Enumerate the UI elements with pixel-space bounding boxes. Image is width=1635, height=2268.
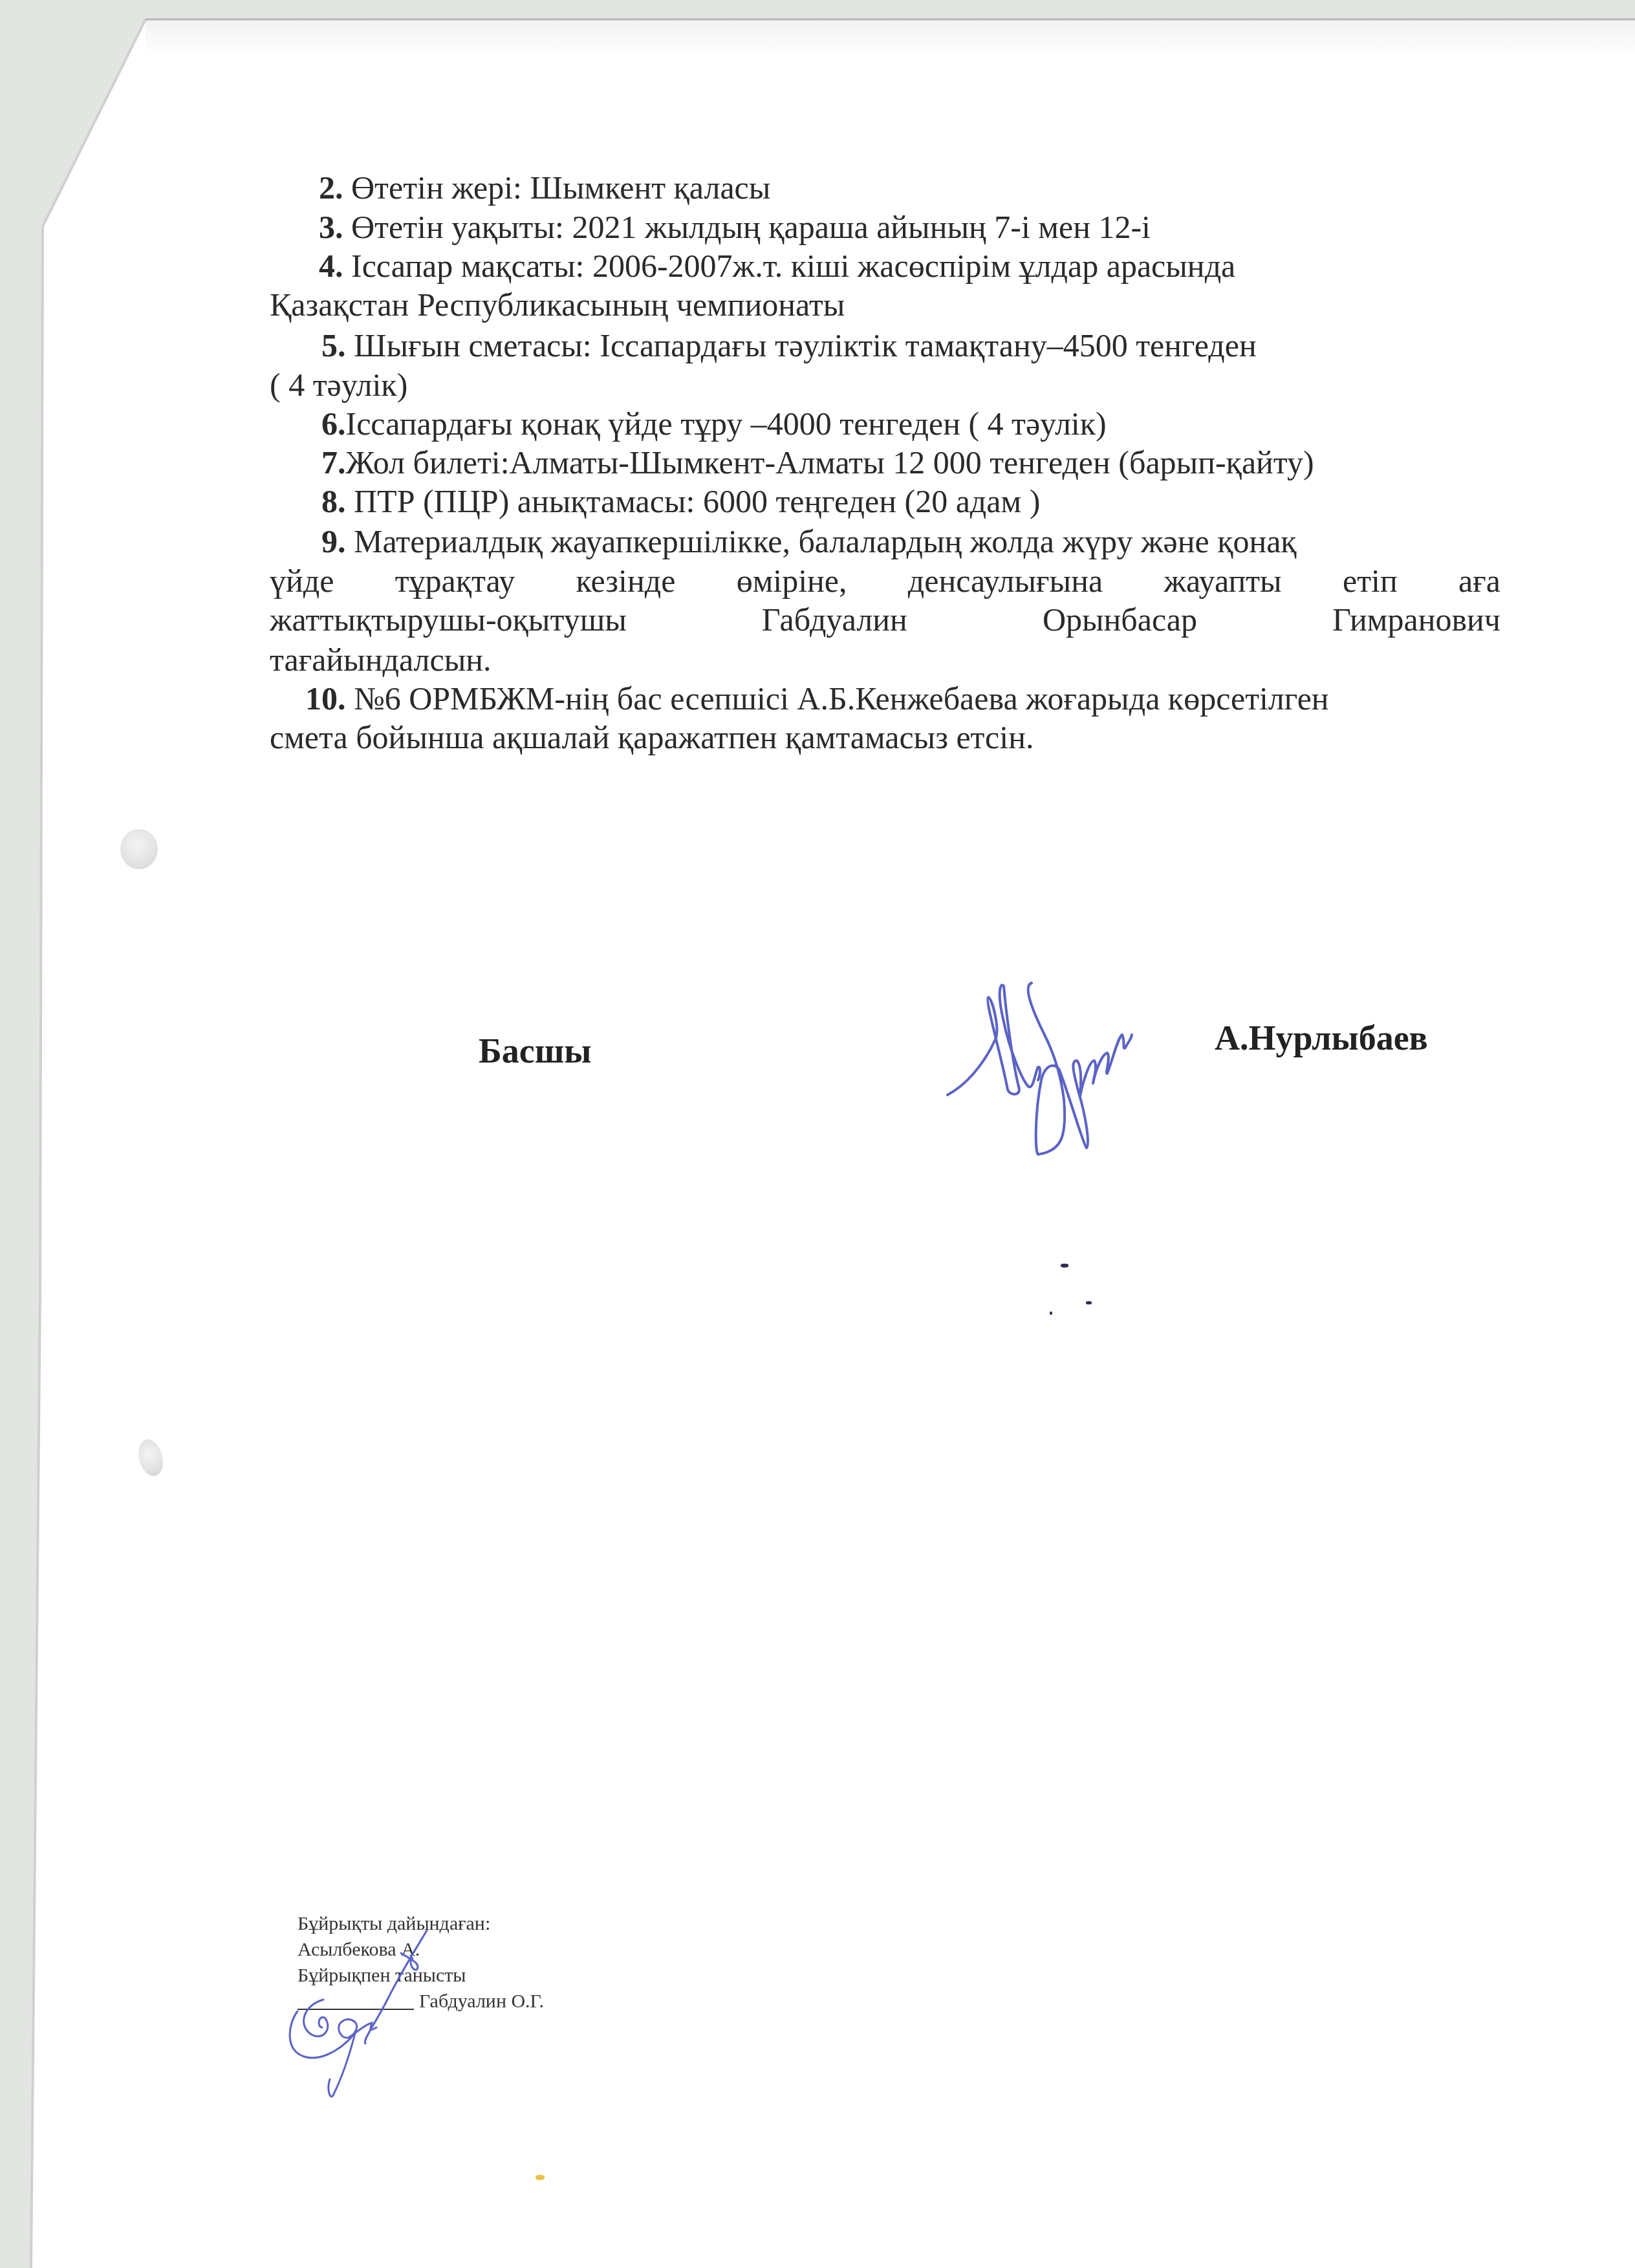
- item-7: 7.Жол билеті:Алматы-Шымкент-Алматы 12 00…: [321, 446, 1314, 479]
- item-9-last-line: тағайындалсын.: [270, 643, 492, 676]
- item-number: 8.: [321, 483, 346, 519]
- signatory-title: Басшы: [479, 1033, 591, 1068]
- item-3: 3. Өтетін уақыты: 2021 жылдың қараша айы…: [319, 211, 1151, 243]
- word: тұрақтау: [395, 565, 515, 597]
- word: Гимранович: [1332, 603, 1500, 636]
- signatory-name: А.Нурлыбаев: [1215, 1021, 1428, 1055]
- item-text: Өтетін уақыты: 2021 жылдың қараша айының…: [343, 209, 1151, 245]
- word: кезінде: [576, 565, 675, 597]
- word: аға: [1458, 565, 1500, 597]
- item-5-continuation: ( 4 тәулік): [270, 369, 407, 401]
- director-signature-icon: [931, 970, 1164, 1177]
- item-text: №6 ОРМБЖМ-нің бас есепшісі А.Б.Кенжебаев…: [346, 680, 1329, 717]
- item-8: 8. ПТР (ПЦР) анықтамасы: 6000 теңгеден (…: [321, 485, 1040, 517]
- scan-speck: [1086, 1301, 1092, 1304]
- item-text: ПТР (ПЦР) анықтамасы: 6000 теңгеден (20 …: [346, 483, 1041, 519]
- word: Орынбасар: [1043, 603, 1197, 636]
- item-number: 6.: [321, 405, 346, 442]
- item-4: 4. Іссапар мақсаты: 2006-2007ж.т. кіші ж…: [319, 250, 1235, 282]
- word: үйде: [270, 565, 334, 597]
- word: жауапты: [1164, 565, 1281, 597]
- item-text: Іссапар мақсаты: 2006-2007ж.т. кіші жасө…: [343, 248, 1236, 284]
- top-shadow: [146, 19, 1635, 58]
- word: Габдуалин: [762, 603, 907, 636]
- punch-hole-top: [120, 829, 158, 869]
- item-text: Жол билеті:Алматы-Шымкент-Алматы 12 000 …: [346, 444, 1314, 481]
- item-9: 9. Материалдық жауапкершілікке, балалард…: [321, 525, 1297, 557]
- item-number: 5.: [321, 327, 346, 363]
- scan-speck: [1061, 1264, 1068, 1268]
- item-text: Материалдық жауапкершілікке, балалардың …: [346, 523, 1297, 559]
- item-5: 5. Шығын сметасы: Іссапардағы тәуліктік …: [321, 329, 1257, 362]
- item-9-continuation-1: үйде тұрақтау кезінде өміріне, денсаулығ…: [270, 565, 1500, 597]
- item-number: 7.: [321, 444, 346, 481]
- item-number: 10.: [305, 680, 346, 717]
- word: өміріне,: [737, 565, 847, 597]
- item-9-continuation-2: жаттықтырушы-оқытушы Габдуалин Орынбасар…: [270, 603, 1500, 636]
- item-number: 2.: [319, 169, 343, 206]
- item-10: 10. №6 ОРМБЖМ-нің бас есепшісі А.Б.Кенже…: [305, 682, 1329, 715]
- acknowledged-signature-icon: [285, 1992, 453, 2108]
- word: денсаулығына: [908, 565, 1103, 597]
- scan-speck: [1050, 1312, 1052, 1315]
- word: етіп: [1343, 565, 1398, 597]
- item-text: Іссапардағы қонақ үйде тұру –4000 тенгед…: [346, 405, 1107, 442]
- word: жаттықтырушы-оқытушы: [270, 603, 627, 636]
- item-text: Шығын сметасы: Іссапардағы тәуліктік там…: [346, 327, 1257, 363]
- item-4-continuation: Қазақстан Республикасының чемпионаты: [270, 288, 845, 321]
- item-2: 2. Өтетін жері: Шымкент қаласы: [319, 171, 770, 204]
- item-10-continuation: смета бойынша ақшалай қаражатпен қамтама…: [270, 721, 1034, 753]
- item-text: Өтетін жері: Шымкент қаласы: [343, 169, 771, 206]
- item-number: 4.: [319, 248, 343, 284]
- item-number: 3.: [319, 209, 343, 245]
- item-6: 6.Іссапардағы қонақ үйде тұру –4000 тенг…: [321, 407, 1107, 440]
- item-number: 9.: [321, 523, 346, 559]
- scan-speck: [536, 2175, 545, 2180]
